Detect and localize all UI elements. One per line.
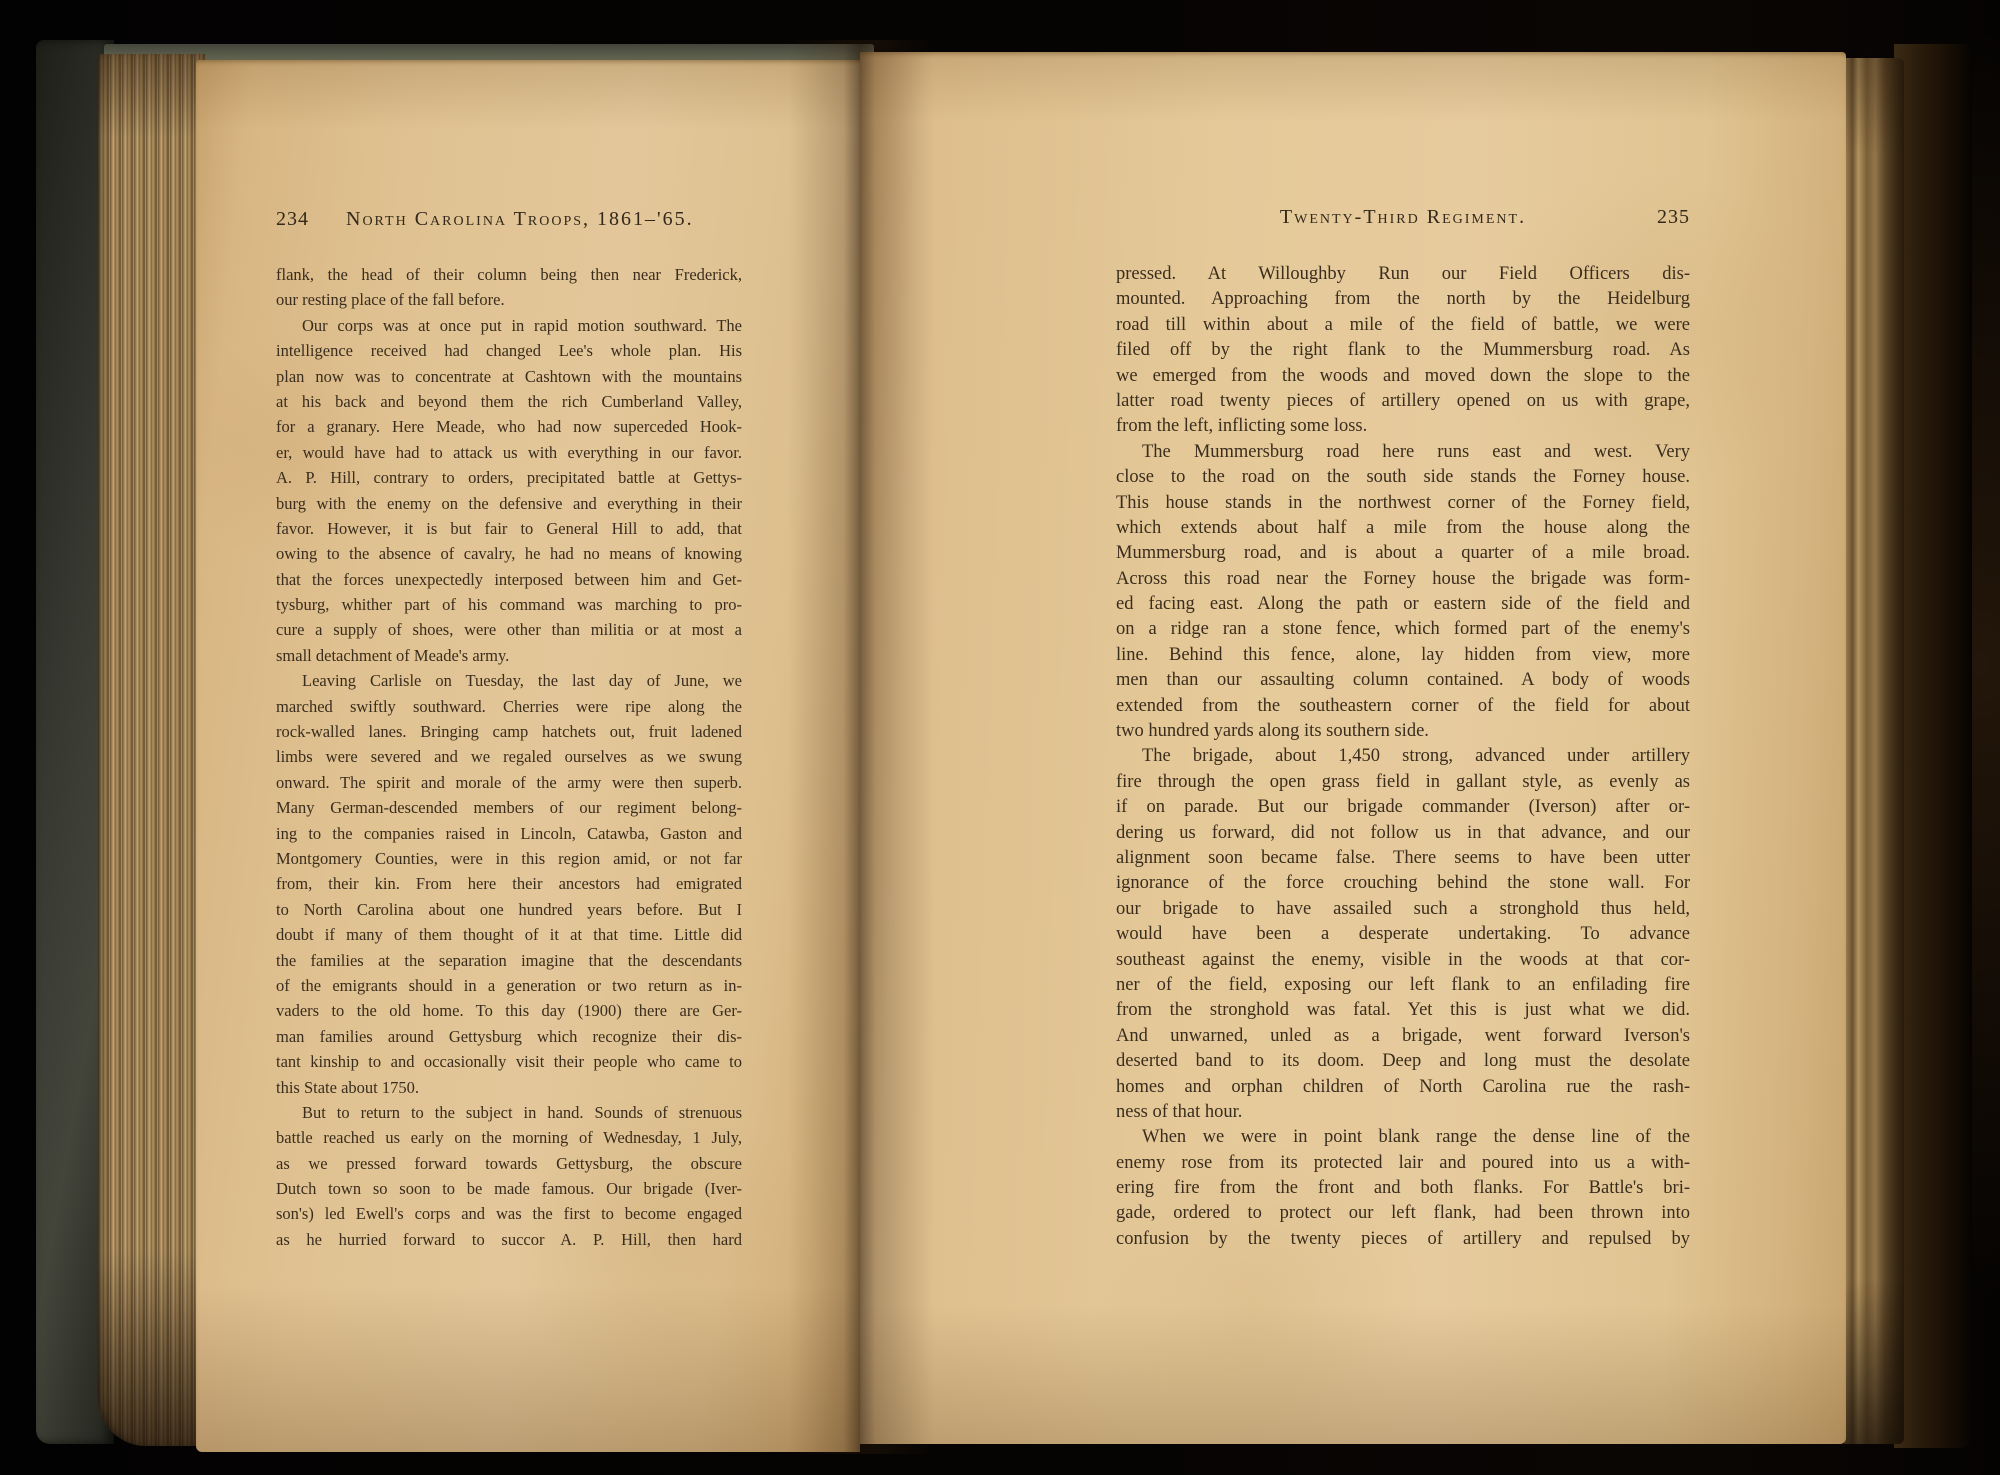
text-line: dering us forward, did not follow us in … [1116,821,1690,846]
text-line: gade, ordered to protect our left flank,… [1116,1201,1690,1226]
text-line: son's) led Ewell's corps and was the fir… [276,1201,742,1226]
text-line: Dutch town so soon to be made famous. Ou… [276,1176,742,1201]
book-photo: 234 North Carolina Troops, 1861–'65. fla… [0,0,2000,1475]
text-line: from the left, inflicting some loss. [1116,414,1690,439]
text-line: ing to the companies raised in Lincoln, … [276,821,742,846]
text-line: latter road twenty pieces of artillery o… [1116,389,1690,414]
text-line: This house stands in the northwest corne… [1116,491,1690,516]
text-line: er, would have had to attack us with eve… [276,440,742,465]
text-line: to North Carolina about one hundred year… [276,897,742,922]
text-line: ness of that hour. [1116,1100,1690,1125]
text-line: small detachment of Meade's army. [276,643,742,668]
text-line: confusion by the twenty pieces of artill… [1116,1227,1690,1252]
text-line: Mummersburg road, and is about a quarter… [1116,541,1690,566]
text-line: doubt if many of them thought of it at t… [276,922,742,947]
text-line: intelligence received had changed Lee's … [276,338,742,363]
page-stack-fore-edge-left [98,54,206,1446]
text-line: we emerged from the woods and moved down… [1116,364,1690,389]
text-line: on a ridge ran a stone fence, which form… [1116,617,1690,642]
page-stack-fore-edge-right [1844,58,1904,1444]
text-line: Montgomery Counties, were in this region… [276,846,742,871]
running-header-right: Twenty-Third Regiment. [1186,206,1620,229]
text-line: for a granary. Here Meade, who had now s… [276,414,742,439]
text-line: southeast against the enemy, visible in … [1116,948,1690,973]
text-block-left: flank, the head of their column being th… [276,262,742,1252]
text-line: deserted band to its doom. Deep and long… [1116,1049,1690,1074]
text-line: favor. However, it is but fair to Genera… [276,516,742,541]
page-number-left: 234 [276,208,346,231]
text-line: owing to the absence of cavalry, he had … [276,541,742,566]
text-line: that the forces unexpectedly interposed … [276,567,742,592]
text-line: two hundred yards along its southern sid… [1116,719,1690,744]
text-line: Leaving Carlisle on Tuesday, the last da… [276,668,742,693]
text-line: ed facing east. Along the path or easter… [1116,592,1690,617]
text-line: battle reached us early on the morning o… [276,1125,742,1150]
text-line: tant kinship to and occasionally visit t… [276,1049,742,1074]
text-line: as he hurried forward to succor A. P. Hi… [276,1227,742,1252]
page-header-left: 234 North Carolina Troops, 1861–'65. [276,208,742,231]
text-line: Our corps was at once put in rapid motio… [276,313,742,338]
text-line: from the stronghold was fatal. Yet this … [1116,998,1690,1023]
text-line: onward. The spirit and morale of the arm… [276,770,742,795]
text-line: The Mummersburg road here runs east and … [1116,440,1690,465]
text-line: if on parade. But our brigade commander … [1116,795,1690,820]
text-line: When we were in point blank range the de… [1116,1125,1690,1150]
text-line: the families at the separation imagine t… [276,948,742,973]
text-line: marched swiftly southward. Cherries were… [276,694,742,719]
text-line: ering fire from the front and both flank… [1116,1176,1690,1201]
text-line: The brigade, about 1,450 strong, advance… [1116,744,1690,769]
text-block-right: pressed. At Willoughby Run our Field Off… [1116,262,1690,1252]
text-line: men than our assaulting column contained… [1116,668,1690,693]
text-line: which extends about half a mile from the… [1116,516,1690,541]
page-right: Twenty-Third Regiment. 235 pressed. At W… [860,52,1846,1444]
text-line: would have been a desperate undertaking.… [1116,922,1690,947]
book-cover-right [1894,44,1972,1448]
text-line: close to the road on the south side stan… [1116,465,1690,490]
text-line: our resting place of the fall before. [276,287,742,312]
text-line: And unwarned, unled as a brigade, went f… [1116,1024,1690,1049]
text-line: tysburg, whither part of his command was… [276,592,742,617]
text-line: line. Behind this fence, alone, lay hidd… [1116,643,1690,668]
text-line: A. P. Hill, contrary to orders, precipit… [276,465,742,490]
text-line: ner of the field, exposing our left flan… [1116,973,1690,998]
text-line: this State about 1750. [276,1075,742,1100]
text-line: limbs were severed and we regaled oursel… [276,744,742,769]
page-header-right: Twenty-Third Regiment. 235 [1116,206,1690,229]
text-line: our brigade to have assailed such a stro… [1116,897,1690,922]
text-line: ignorance of the force crouching behind … [1116,871,1690,896]
text-line: man families around Gettysburg which rec… [276,1024,742,1049]
text-line: alignment soon became false. There seems… [1116,846,1690,871]
text-line: mounted. Approaching from the north by t… [1116,287,1690,312]
text-line: flank, the head of their column being th… [276,262,742,287]
text-line: fire through the open grass field in gal… [1116,770,1690,795]
text-line: Many German-descended members of our reg… [276,795,742,820]
text-line: from, their kin. From here their ancesto… [276,871,742,896]
running-header-left: North Carolina Troops, 1861–'65. [346,208,694,231]
text-line: vaders to the old home. To this day (190… [276,998,742,1023]
text-line: of the emigrants should in a generation … [276,973,742,998]
text-line: homes and orphan children of North Carol… [1116,1075,1690,1100]
text-line: cure a supply of shoes, were other than … [276,617,742,642]
text-line: plan now was to concentrate at Cashtown … [276,364,742,389]
text-line: pressed. At Willoughby Run our Field Off… [1116,262,1690,287]
page-left: 234 North Carolina Troops, 1861–'65. fla… [196,60,860,1452]
text-line: enemy rose from its protected lair and p… [1116,1151,1690,1176]
text-line: road till within about a mile of the fie… [1116,313,1690,338]
text-line: burg with the enemy on the defensive and… [276,491,742,516]
page-number-right: 235 [1620,206,1690,229]
text-line: filed off by the right flank to the Mumm… [1116,338,1690,363]
text-line: extended from the southeastern corner of… [1116,694,1690,719]
text-line: But to return to the subject in hand. So… [276,1100,742,1125]
text-line: rock-walled lanes. Bringing camp hatchet… [276,719,742,744]
text-line: as we pressed forward towards Gettysburg… [276,1151,742,1176]
text-line: at his back and beyond them the rich Cum… [276,389,742,414]
text-line: Across this road near the Forney house t… [1116,567,1690,592]
